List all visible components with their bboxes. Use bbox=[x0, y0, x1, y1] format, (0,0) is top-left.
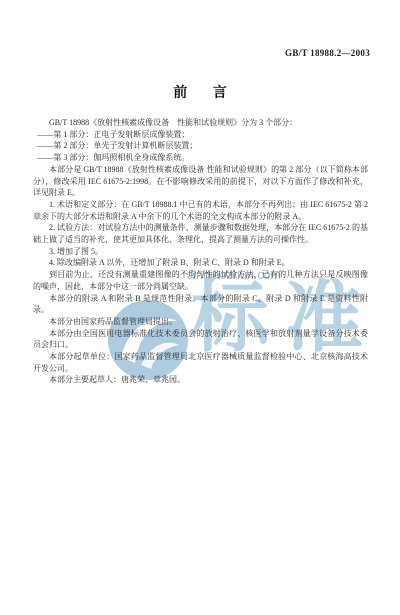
paragraph-numbered-item: 4. 除改编附录 A 以外，还增加了附录 B、附录 C、附录 D 和附录 E。 bbox=[33, 257, 368, 269]
paragraph-dash-item: ——第 3 部分：伽玛照相机全身成像系统。 bbox=[33, 152, 368, 164]
title-char-2: 言 bbox=[213, 82, 227, 102]
paragraph-numbered-item: 2. 试验方法：对试验方法中的测量条件、测量步骤和数据处理，本部分在 IEC 6… bbox=[33, 222, 368, 245]
paragraph: 本部分的附录 A 和附录 B 是规范性附录。本部分的附录 C、附录 D 和附录 … bbox=[33, 293, 368, 316]
paragraph-dash-item: ——第 1 部分：正电子发射断层成像装置； bbox=[33, 129, 368, 141]
foreword-body: GB/T 18988《放射性核素成像设备 性能和试验规则》分为 3 个部分： —… bbox=[33, 117, 368, 386]
paragraph: 本部分起草单位：国家药品监督管理局北京医疗器械质量监督检验中心、北京核海高技术开… bbox=[33, 351, 368, 374]
standard-code: GB/T 18988.2—2003 bbox=[285, 48, 370, 58]
title-char-1: 前 bbox=[173, 82, 187, 102]
paragraph: 本部分由全国医用电器标准化技术委员会的放射治疗、核医学和放射剂量学设备分技术委员… bbox=[33, 328, 368, 351]
paragraph: 本部分是 GB/T 18988《放射性核素成像设备 性能和试验规则》的第 2 部… bbox=[33, 164, 368, 199]
paragraph: 到目前为止，还没有测量重建图像的不均匀性的试验方法，已有的几种方法只是反映图像的… bbox=[33, 269, 368, 292]
paragraph: 本部分主要起草人：唐兆荣、章兆园。 bbox=[33, 374, 368, 386]
paragraph-dash-item: ——第 2 部分：单光子发射计算机断层装置； bbox=[33, 140, 368, 152]
paragraph: GB/T 18988《放射性核素成像设备 性能和试验规则》分为 3 个部分： bbox=[33, 117, 368, 129]
page-title: 前 言 bbox=[0, 82, 400, 102]
paragraph-numbered-item: 1. 术语和定义部分：在 GB/T 18988.1 中已有的术语，本部分不再列出… bbox=[33, 199, 368, 222]
document-page: GB/T 18988.2—2003 前 言 Jinbiaozhun.com 标准… bbox=[0, 0, 400, 615]
paragraph-numbered-item: 3. 增加了图 5。 bbox=[33, 246, 368, 258]
paragraph: 本部分由国家药品监督管理局提出。 bbox=[33, 316, 368, 328]
